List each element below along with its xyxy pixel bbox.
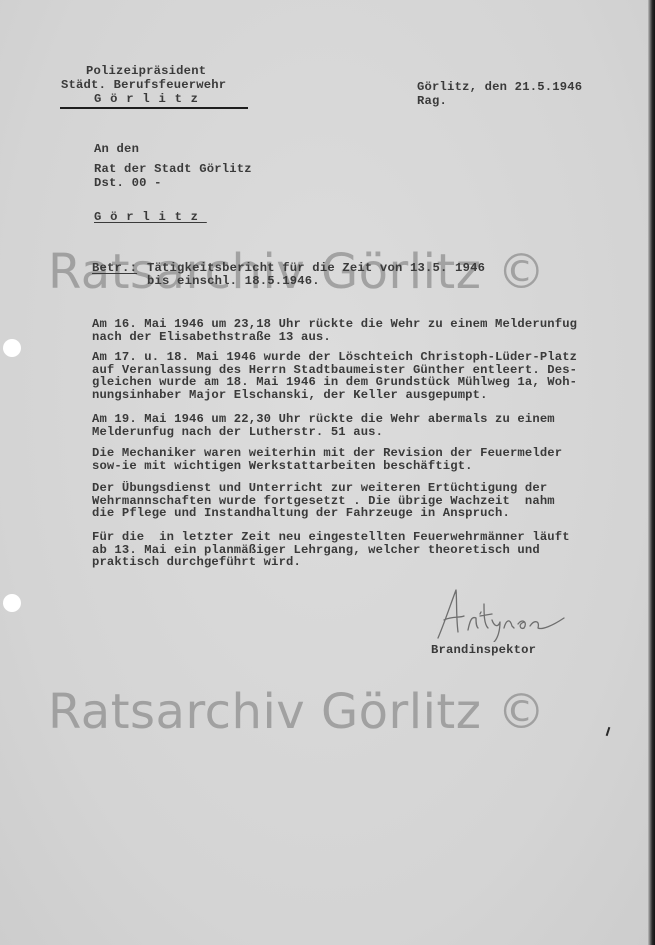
sender-underline	[60, 107, 248, 109]
paragraph-4: Die Mechaniker waren weiterhin mit der R…	[92, 447, 562, 472]
paragraph-line: Am 16. Mai 1946 um 23,18 Uhr rückte die …	[92, 318, 577, 331]
watermark-bottom: Ratsarchiv Görlitz ©	[48, 688, 546, 736]
paragraph-line: Die Mechaniker waren weiterhin mit der R…	[92, 447, 562, 460]
handwritten-signature: Kritzner	[434, 586, 574, 642]
sender-city: Görlitz	[94, 93, 207, 106]
sender-line-2: Städt. Berufsfeuerwehr	[61, 79, 226, 92]
paragraph-line: nach der Elisabethstraße 13 aus.	[92, 331, 577, 344]
recipient-line-1: An den	[94, 143, 139, 156]
paragraph-line: praktisch durchgeführt wird.	[92, 556, 570, 569]
paragraph-1: Am 16. Mai 1946 um 23,18 Uhr rückte die …	[92, 318, 577, 343]
paragraph-line: Melderunfug nach der Lutherstr. 51 aus.	[92, 426, 555, 439]
paragraph-line: Für die in letzter Zeit neu eingestellte…	[92, 531, 570, 544]
paragraph-line: Am 19. Mai 1946 um 22,30 Uhr rückte die …	[92, 413, 555, 426]
subject-label: Betr.:	[92, 262, 137, 275]
sender-line-1: Polizeipräsident	[86, 65, 206, 78]
paragraph-6: Für die in letzter Zeit neu eingestellte…	[92, 531, 570, 569]
subject-line-2: bis einschl. 18.5.1946.	[147, 275, 320, 288]
recipient-city: Görlitz	[94, 211, 207, 224]
paragraph-line: gleichen wurde am 18. Mai 1946 in dem Gr…	[92, 376, 577, 389]
paragraph-3: Am 19. Mai 1946 um 22,30 Uhr rückte die …	[92, 413, 555, 438]
recipient-line-3: Dst. 00 -	[94, 177, 162, 190]
recipient-line-2: Rat der Stadt Görlitz	[94, 163, 252, 176]
punch-hole-top	[3, 339, 21, 357]
place-date: Görlitz, den 21.5.1946	[417, 81, 582, 94]
paragraph-line: Der Übungsdienst und Unterricht zur weit…	[92, 482, 555, 495]
paragraph-line: nungsinhaber Major Elschanski, der Kelle…	[92, 389, 577, 402]
paragraph-5: Der Übungsdienst und Unterricht zur weit…	[92, 482, 555, 520]
reference-mark: Rag.	[417, 95, 447, 108]
page-edge-shadow	[648, 0, 655, 945]
paragraph-line: die Pflege und Instandhaltung der Fahrze…	[92, 507, 555, 520]
paragraph-2: Am 17. u. 18. Mai 1946 wurde der Löschte…	[92, 351, 577, 401]
signer-title: Brandinspektor	[431, 644, 536, 657]
paragraph-line: sow-ie mit wichtigen Werkstattarbeiten b…	[92, 460, 562, 473]
punch-hole-bottom	[3, 594, 21, 612]
paragraph-line: Am 17. u. 18. Mai 1946 wurde der Löschte…	[92, 351, 577, 364]
